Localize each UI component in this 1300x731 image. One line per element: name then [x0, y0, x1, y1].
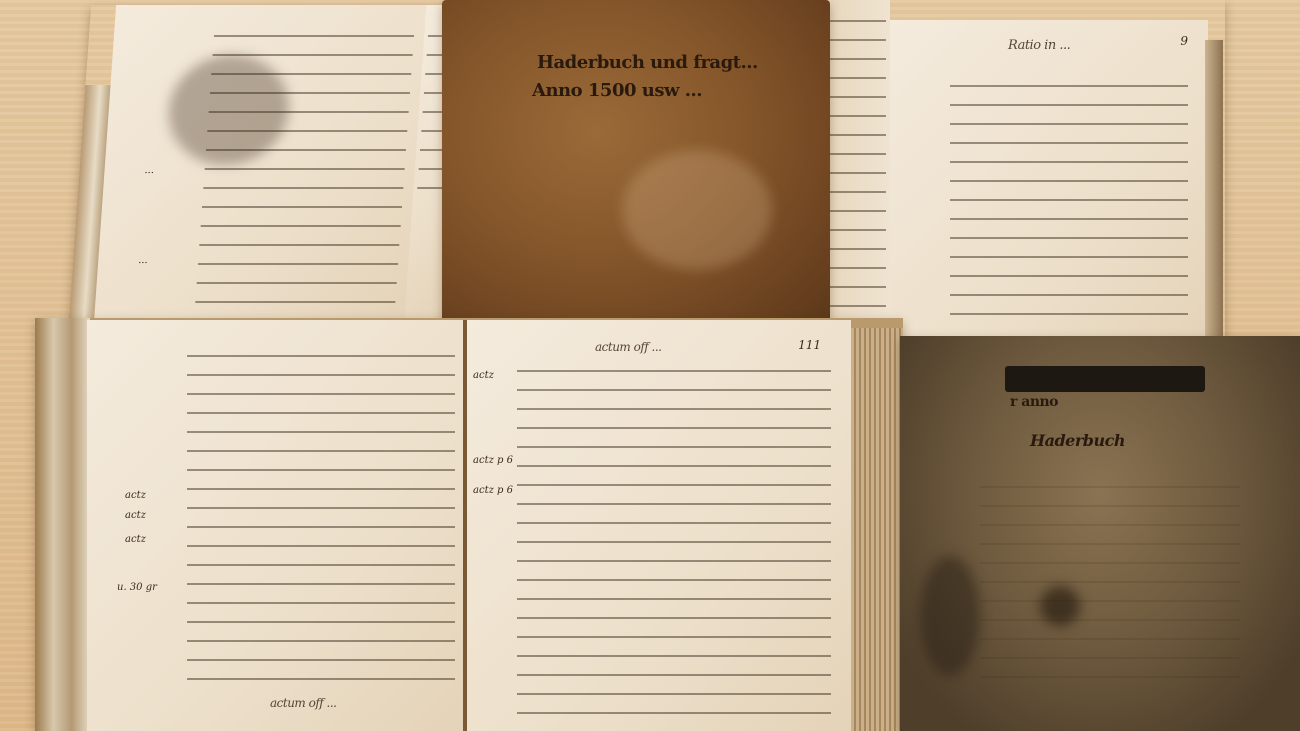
cover-inscription-2: Haderbuch	[1030, 431, 1125, 450]
margin-note: actz p 6	[473, 455, 513, 466]
black-band	[1005, 366, 1205, 392]
dark-stain	[920, 556, 980, 676]
handwritten-text	[195, 25, 415, 313]
page-number: 9	[1180, 34, 1188, 48]
book-bottom-right-cover: r anno Haderbuch	[900, 336, 1300, 731]
book-top-left-open: ... ...	[69, 5, 461, 323]
manuscript-page-right: actum off ... 111 actz actz p 6 actz p 6	[467, 320, 851, 731]
page-edges	[851, 328, 903, 731]
book-top-center-cover: Haderbuch und fragt... Anno 1500 usw ...	[442, 0, 830, 328]
book-top-right-open: Ratio in ... 9	[805, 0, 1225, 342]
margin-note: actz	[125, 534, 146, 545]
handwritten-text	[517, 360, 831, 721]
section-heading: actum off ...	[262, 690, 463, 718]
book-edge	[1205, 40, 1223, 340]
margin-note: ...	[138, 255, 148, 266]
margin-note: ...	[144, 165, 154, 176]
margin-note: u. 30 gr	[117, 582, 157, 593]
cover-title-line-1: Haderbuch und fragt...	[537, 52, 758, 73]
manuscript-page-left: actz actz actz u. 30 gr actum off ...	[87, 320, 463, 731]
book-spine	[35, 318, 90, 731]
margin-note: actz	[473, 370, 494, 381]
book-bottom-left-open: actz actz actz u. 30 gr actum off ... ac…	[35, 318, 903, 731]
handwritten-text	[950, 75, 1188, 332]
page-heading: Ratio in ...	[1000, 32, 1208, 60]
cover-inscription-1: r anno	[1010, 394, 1058, 410]
handwritten-text	[187, 345, 455, 681]
page-number: 111	[798, 338, 821, 352]
faded-text	[980, 476, 1240, 691]
cover-title-line-2: Anno 1500 usw ...	[532, 80, 702, 101]
margin-note: actz p 6	[473, 485, 513, 496]
worn-patch	[622, 150, 772, 270]
dark-stain	[1040, 586, 1080, 626]
margin-note: actz	[125, 490, 146, 501]
manuscript-page-left: ... ...	[94, 5, 426, 323]
manuscript-page-right: Ratio in ... 9	[890, 20, 1208, 342]
margin-note: actz	[125, 510, 146, 521]
